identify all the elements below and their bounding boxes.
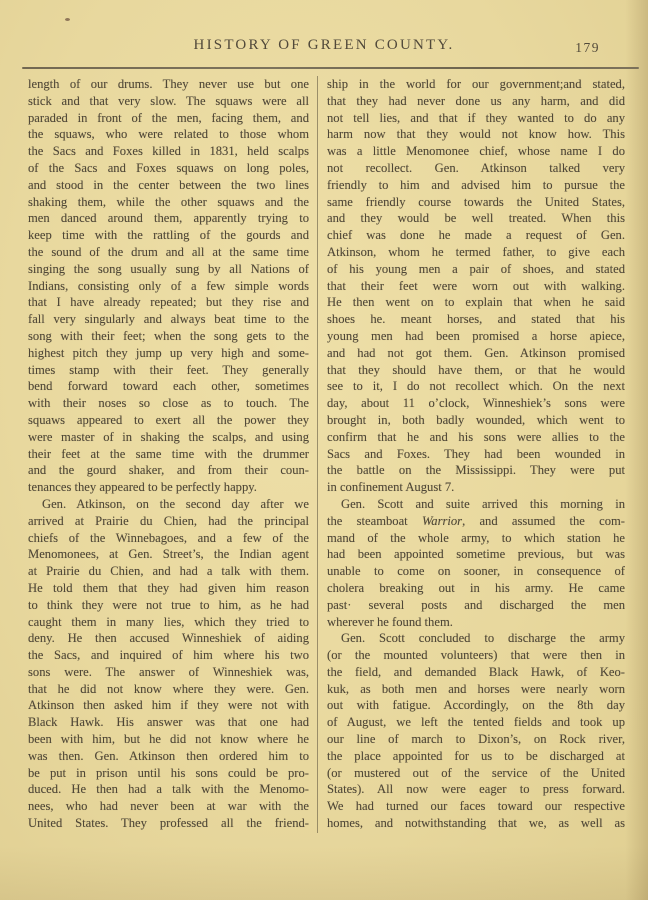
text-line: ship in the world for our government;and… — [327, 76, 625, 93]
text-line: He told them that they had given him rea… — [28, 580, 309, 597]
text-line: had been appointed sometime previous, bu… — [327, 546, 625, 563]
text-line: that they should have them, or that he w… — [327, 362, 625, 379]
text-line: that he did not know where they were. Ge… — [28, 681, 309, 698]
text-line: to think they were not true to him, as h… — [28, 597, 309, 614]
text-line: keep time with the rattling of the gourd… — [28, 227, 309, 244]
text-line: bend forward toward each other, sometime… — [28, 378, 309, 395]
paragraph: Gen. Scott concluded to discharge the ar… — [327, 630, 625, 832]
text-line: of the Sacs and Foxes squaws on long pol… — [28, 160, 309, 177]
paragraph: ship in the world for our government;and… — [327, 76, 625, 496]
text-line: wherever he found them. — [327, 614, 625, 631]
text-line: song with their feet; when the song gets… — [28, 328, 309, 345]
text-line: that I have already repeated; but they r… — [28, 294, 309, 311]
text-line: caught them in many lies, which they tri… — [28, 614, 309, 631]
text-line: same friendly course towards the United … — [327, 194, 625, 211]
book-page: HISTORY OF GREEN COUNTY. 179 length of o… — [0, 0, 648, 900]
text-line: He then went on to explain that when he … — [327, 294, 625, 311]
text-line: friendly to him and advised him to pursu… — [327, 177, 625, 194]
text-line: past· several posts and discharged the m… — [327, 597, 625, 614]
text-line: young men had been promised a horse apie… — [327, 328, 625, 345]
text-line: Gen. Atkinson, on the second day after w… — [28, 496, 309, 513]
text-line: harm now that they would not know how. T… — [327, 126, 625, 143]
paragraph: Gen. Scott and suite arrived this mornin… — [327, 496, 625, 630]
left-column: length of our drums. They never use but … — [28, 76, 309, 832]
text-line: not tell lies, and that if they wanted t… — [327, 110, 625, 127]
text-line: Atkinson, whom he termed father, to give… — [327, 244, 625, 261]
text-line: Menomonees, at Gen. Street’s, the Indian… — [28, 546, 309, 563]
text-line: were master of in shaking the scalps, an… — [28, 429, 309, 446]
text-line: of August, we left the tented fields and… — [327, 714, 625, 731]
text-line: fall very singularly and always beat tim… — [28, 311, 309, 328]
text-line: see to it, I do not recollect which. On … — [327, 378, 625, 395]
text-line: (or mustered out of the service of the U… — [327, 765, 625, 782]
page-number: 179 — [575, 40, 600, 56]
ink-speck — [65, 18, 70, 21]
text-line: duced. He then had a talk with the Menom… — [28, 781, 309, 798]
text-line: chiefs of the Winnebagoes, and a few of … — [28, 530, 309, 547]
text-line: the field, and demanded Black Hawk, of K… — [327, 664, 625, 681]
text-line: arrived at Prairie du Chien, had the pri… — [28, 513, 309, 530]
text-line: the battle on the Mississippi. They were… — [327, 462, 625, 479]
paragraph: length of our drums. They never use but … — [28, 76, 309, 496]
text-line: mand of the whole army, to which station… — [327, 530, 625, 547]
text-line: highest pitch they jump up very high and… — [28, 345, 309, 362]
text-line: men danced around them, apparently tryin… — [28, 210, 309, 227]
paragraph: Gen. Atkinson, on the second day after w… — [28, 496, 309, 832]
text-line: and they would be well treated. When thi… — [327, 210, 625, 227]
text-line: Gen. Scott concluded to discharge the ar… — [327, 630, 625, 647]
text-line: paraded in front of the men, facing them… — [28, 110, 309, 127]
text-line: Gen. Scott and suite arrived this mornin… — [327, 496, 625, 513]
text-line: out with fatigue. Accordingly, on the 8t… — [327, 697, 625, 714]
text-line: brought in, both badly wounded, which we… — [327, 412, 625, 429]
text-line: homes, and notwithstanding that we, as w… — [327, 815, 625, 832]
text-line: United States. They professed all the fr… — [28, 815, 309, 832]
text-line: length of our drums. They never use but … — [28, 76, 309, 93]
header-rule — [22, 67, 639, 69]
text-line: kuk, as both men and horses were nearly … — [327, 681, 625, 698]
running-title: HISTORY OF GREEN COUNTY. — [0, 37, 648, 54]
text-line: in confinement August 7. — [327, 479, 625, 496]
text-line: Atkinson then asked him if they were not… — [28, 697, 309, 714]
text-line: tenances they appeared to be perfectly h… — [28, 479, 309, 496]
text-line: their feet at the same time with the dru… — [28, 446, 309, 463]
text-line: our line of march to Dixon’s, on Rock ri… — [327, 731, 625, 748]
text-line: was a little Menomonee chief, whose name… — [327, 143, 625, 160]
text-line: day, about 11 o’clock, Winneshiek’s sons… — [327, 395, 625, 412]
text-line: of his young men a pair of shoes, and st… — [327, 261, 625, 278]
text-line: the squaws, who were related to those wh… — [28, 126, 309, 143]
text-line: and stood in the center between the two … — [28, 177, 309, 194]
text-line: sons were. The answer of Winneshiek was, — [28, 664, 309, 681]
text-line: Black Hawk. His answer was that one had — [28, 714, 309, 731]
text-line: that they had never done us any harm, an… — [327, 93, 625, 110]
right-column: ship in the world for our government;and… — [327, 76, 625, 832]
text-line: with their noses so close as to touch. T… — [28, 395, 309, 412]
text-line: the place appointed for us to be dischar… — [327, 748, 625, 765]
text-line: at Prairie du Chien, and had a talk with… — [28, 563, 309, 580]
text-line: confirm that he and his sons were allies… — [327, 429, 625, 446]
column-divider — [317, 76, 318, 833]
text-line: the Sacs, and inquired of him where his … — [28, 647, 309, 664]
text-line: and had not got them. Gen. Atkinson prom… — [327, 345, 625, 362]
text-line: not recollect. Gen. Atkinson talked very — [327, 160, 625, 177]
text-line: that their feet were worn out with walki… — [327, 278, 625, 295]
text-line: We had turned our faces toward our respe… — [327, 798, 625, 815]
text-line: squaws appeared to exert all the power t… — [28, 412, 309, 429]
text-line: shaking them, while the other squaws and… — [28, 194, 309, 211]
text-line: singing the song usually sung by all Nat… — [28, 261, 309, 278]
text-line: was then. Gen. Atkinson then ordered him… — [28, 748, 309, 765]
text-line: chief was done he made a request of Gen. — [327, 227, 625, 244]
text-line: been with him, but he did not know where… — [28, 731, 309, 748]
text-line: Indians, consisting only of a few simple… — [28, 278, 309, 295]
text-line: (or the mounted volunteers) that were th… — [327, 647, 625, 664]
text-line: States). All now were eager to press for… — [327, 781, 625, 798]
text-line: and the gourd shaker, and from their cou… — [28, 462, 309, 479]
text-line: be put in prison until his sons could be… — [28, 765, 309, 782]
text-line: the steamboat Warrior, and assumed the c… — [327, 513, 625, 530]
text-line: deny. He then accused Winneshiek of aidi… — [28, 630, 309, 647]
text-line: nees, who had never been at war with the — [28, 798, 309, 815]
text-line: the Sacs and Foxes killed in 1831, held … — [28, 143, 309, 160]
text-line: stick and that very slow. The squaws wer… — [28, 93, 309, 110]
text-line: the sound of the drum and all at the sam… — [28, 244, 309, 261]
text-line: times stamp with their feet. They genera… — [28, 362, 309, 379]
text-line: shoes he. meant horses, and stated that … — [327, 311, 625, 328]
text-line: cholera breaking out in his army. He cam… — [327, 580, 625, 597]
text-line: Sacs and Foxes. They had been wounded in — [327, 446, 625, 463]
text-line: unable to come on sooner, in consequence… — [327, 563, 625, 580]
